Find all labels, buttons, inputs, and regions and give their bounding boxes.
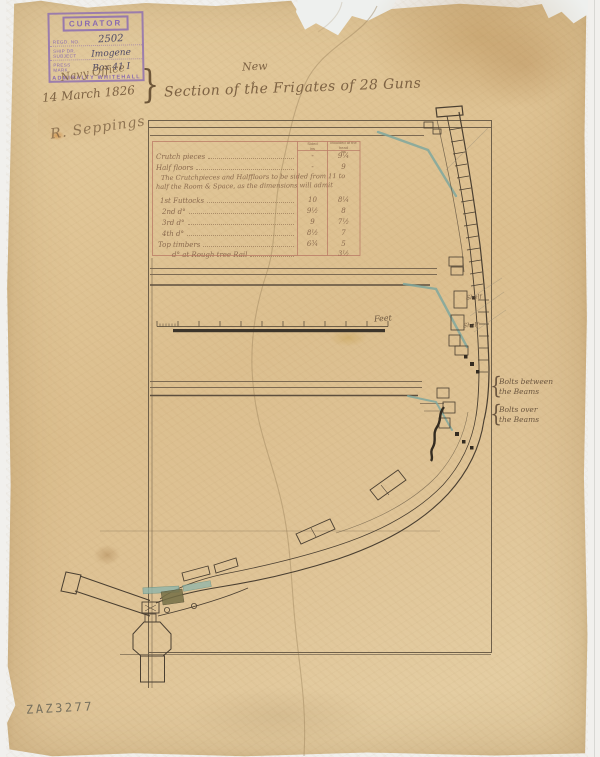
table-grid xyxy=(153,142,361,256)
wale-profile xyxy=(431,407,444,461)
bilge-chocks xyxy=(182,470,406,581)
annotation-brace: { xyxy=(490,399,502,431)
floor-fittings xyxy=(143,581,211,605)
annotation-bolts-over: { Bolts over the Beams xyxy=(499,405,539,425)
deck-lines xyxy=(100,136,444,532)
teal-knee-highlights xyxy=(378,132,467,430)
paper-creases xyxy=(252,2,377,756)
bilge-and-floor xyxy=(61,412,484,616)
scale-feet-label: Feet xyxy=(374,313,392,323)
shelf-label-upper: Shelf xyxy=(466,293,482,301)
shelf-label-lower: Shelf xyxy=(463,321,479,329)
scale-bar xyxy=(157,321,388,332)
scanned-ship-plan: { "stamp": { "header": "CURATOR", "field… xyxy=(0,0,600,757)
bolt-marks xyxy=(455,296,480,450)
annotation-bolts-between: { Bolts between the Beams xyxy=(499,377,553,397)
